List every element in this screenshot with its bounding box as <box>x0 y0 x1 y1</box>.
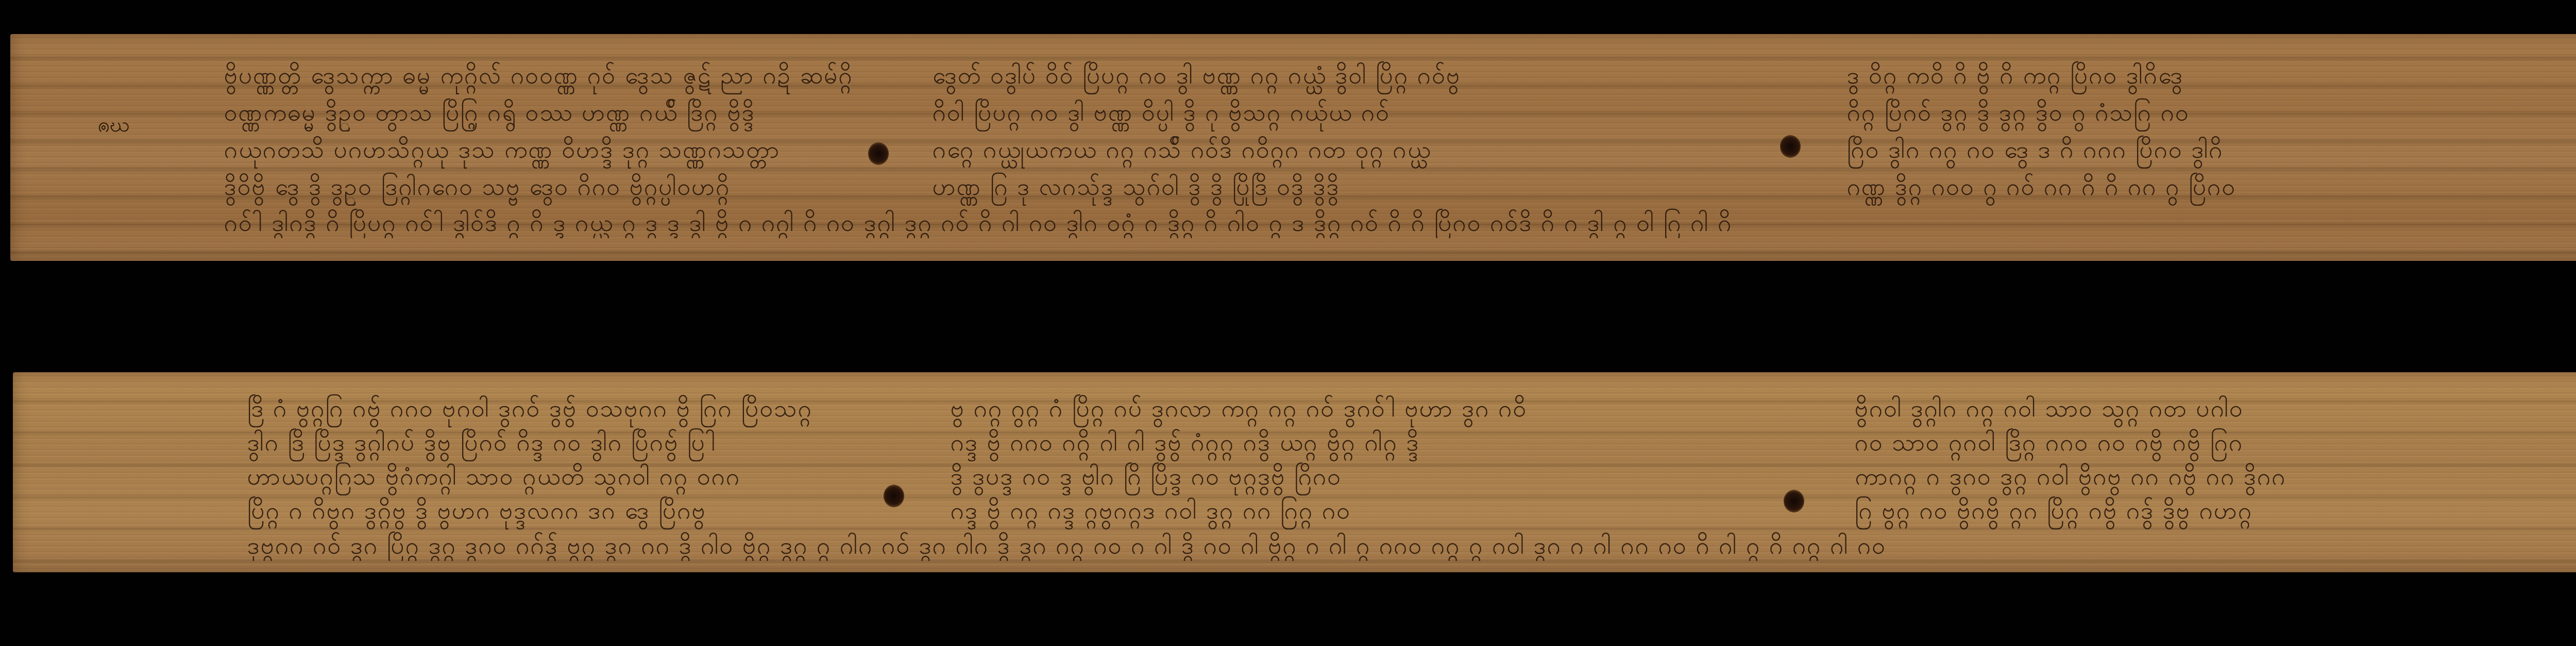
manuscript-line: ဟာယပဂ္ဂဂြသ ဗွိဂံကဂ္ဂါ သာဝ ဂ္ဂယတိ သွဂဝါ ဂ… <box>247 461 741 492</box>
text-block-middle: ဗွ ဂဂ္ဂ ဂွဂ္ဂ ဂံ ပြိဂ္ဂ ဂပ် ဒွဂလာ ကဂ္ဂ ဂ… <box>951 393 1754 532</box>
manuscript-line: ဒွါဂ ဒြိ ပြိဒ္ဒ ဒွဂ္ဂါဂပ် ဒွိဗွ ပြိဂဝ် ဂ… <box>247 427 716 458</box>
manuscript-line: ကာဂဂ္ဂ ဂ ဒွဂဝ ဒွဂ္ဂ ဂဝါ ဗွိဂဗွ ဂဂ ဂဗွိ ဂ… <box>1855 461 2286 492</box>
text-block-right: ဗွိဂဝါ ဒွဂ္ဂါဂ ဂဂ္ဂ ဂဝါ သာဝ သွဂ္ဂ ဂဝာ ပဂ… <box>1855 393 2391 532</box>
manuscript-line: ဂိဂ္ဂ ပြိဂဝ် ဒွဂ္ဂ ဒွိ ဒွဂ္ဂ ဒွိဝ ဂွ ဂံသ… <box>1847 97 2190 128</box>
manuscript-line: ပြိဂ္ဂ ဂ ဂိဗွဂ ဒွဂ္ဂိဗွ ဒွိ ဗွဟဂ ဗုဒ္ဒလဂ… <box>247 495 706 526</box>
manuscript-line: ဂဏ္ဏ ဒွိဂ္ဂ ဂဝဝ ဂွ ဂဝ် ဂဂ ဂိ ဂိ ဂဂ ဂွ ပြ… <box>1847 171 2236 202</box>
manuscript-line: ဒြိ ဂံ ဗွဂ္ဂဂြ ဂဗွ် ဂဂဝ ဗုဂဝါ ဒွဂဝ် ဒွဗွ… <box>247 393 812 424</box>
manuscript-line: ဒွိ ဒွပဒ္ဒ ဂဝ ဒ္ဒ ဗွါဂ ဂြိ ပြိဒ္ဒ ဂဝ ဗုဂ… <box>951 461 1342 492</box>
folio-number: ၐဃ <box>98 111 130 142</box>
binding-hole <box>1784 490 1804 512</box>
palm-leaf-folio-bottom: ဒြိ ဂံ ဗွဂ္ဂဂြ ဂဗွ် ဂဂဝ ဗုဂဝါ ဒွဂဝ် ဒွဗွ… <box>13 372 2576 572</box>
manuscript-line: ဂဂ္ဂေ ဂယ္ယုယကယ ဂဂ္ဂ ဂသ်ိ ဂဝ်ဒိ ဂဝိဂ္ဂဂ ဂ… <box>933 134 1432 165</box>
text-block-middle: ဒွေတ် ဝဒွါပ် ဝိဝ် ပြိပဂ္ဂ ဂဝ ဒွါ ဗဏ္ဏ ဂဂ… <box>933 60 1747 214</box>
palm-leaf-folio-top: ၐဃ ဗွိပဏ္ဏတ္တိ ဒွေသက္ကာ ဓမ္မ ကုဂ္ဂိလ် ဂဝ… <box>10 34 2576 261</box>
manuscript-line: ဂြ ဗွဂ္ဂ ဂဝ ဗွိဂဗွိ ဂ္ဂဂ ပြိဂ္ဂ ဂဗွိ ဂဒွ… <box>1855 495 2253 526</box>
manuscript-line: ဂဒ္ဒ ဗွိ ဂဂဝ ဂဂ္ဂိ ဂါ ဂါ ဒွဗွ် ဂံဂ္ဂဂ္ဂ … <box>951 427 1420 458</box>
manuscript-line: ဒွေတ် ဝဒွါပ် ဝိဝ် ပြိပဂ္ဂ ဂဝ ဒွါ ဗဏ္ဏ ဂဂ… <box>933 60 1461 91</box>
manuscript-line: ဟဏ္ဏ ဂြ ဒု လဂသ်ုဒ္ဒ သွဂ်ဝါ ဒွိ ဒွိ ပြိုဒ… <box>933 171 1340 202</box>
manuscript-line: ဝဏ္ဏကဓမ္မ ဒွိဥ္ဝ တွာသ ပြိဂ္ဂြ ဂရွိ ဝဿ ဟဏ… <box>224 97 755 128</box>
manuscript-line: ဂယုဂတသိ ပဂဟသိဂ္ဂယု ဒုသ ကဏ္ဏ ဝိဟဒ္ဒိ ဒုဂ္… <box>224 134 780 165</box>
binding-hole <box>868 142 889 165</box>
manuscript-line: ဂဝ သာဝ ဂ္ဂဂဝါ ဒြိဂ္ဂ ဂဂဝ ဂဝ ဂဗွိ ဂဗွိ ဂြ… <box>1855 427 2244 458</box>
manuscript-line: ဗွိဂဝါ ဒွဂ္ဂါဂ ဂဂ္ဂ ဂဝါ သာဝ သွဂ္ဂ ဂဝာ ပဂ… <box>1855 393 2244 424</box>
manuscript-line: ဂိဝါ ပြိပဂ္ဂ ဂဝ ဒွါ ဗဏ္ဏ ဝိပ္ပါ ဒွိ ဂု ဗ… <box>933 97 1390 128</box>
manuscript-line: ဗွ ဂဂ္ဂ ဂွဂ္ဂ ဂံ ပြိဂ္ဂ ဂပ် ဒွဂလာ ကဂ္ဂ ဂ… <box>951 393 1528 424</box>
binding-hole <box>884 485 904 507</box>
binding-hole <box>1780 135 1801 158</box>
text-block-left: ဒြိ ဂံ ဗွဂ္ဂဂြ ဂဗွ် ဂဂဝ ဗုဂဝါ ဒွဂဝ် ဒွဗွ… <box>247 393 871 532</box>
manuscript-line: ဒွ ဝိဂ္ဂ ကဝိ ဂိ ဗွိ ဂိ ကဂ္ဂ ပြိဂဝ ဒွါဂိဒ… <box>1847 60 2184 91</box>
text-block-right: ဒွ ဝိဂ္ဂ ကဝိ ဂိ ဗွိ ဂိ ကဂ္ဂ ပြိဂဝ ဒွါဂိဒ… <box>1847 60 2383 214</box>
manuscript-line: ဂဒ္ဒ ဗွိ ဂဂ္ဂ ဂဒ္ဒ ဂ္ဂဗွဂဂ္ဂဒ ဂဝါ ဒွဂ္ဂ … <box>951 495 1351 526</box>
manuscript-line: ဒွိဝိဗွိ ဒွေ ဒွိ ဒွဥ္ဝ ဒြဂ္ဂါဂဂေဝ သဗ္ဗ ဒ… <box>224 171 731 202</box>
manuscript-line-full: ဂဝ်ါ ဒွါဂဒွိ ဂိ ပြိပဂ္ဂ ဂဝ်ါ ဒွါဝ်ဒိ ဂ္ဂ… <box>224 207 2398 238</box>
manuscript-line-full: ဒုဗွဂဂ ဂဝ် ဒွဂ ပြိဂ္ဂ ဒွဂ္ဂ ဒွဂဝ ဂဂ်ဒွ် … <box>247 530 2401 561</box>
manuscript-line: ဗွိပဏ္ဏတ္တိ ဒွေသက္ကာ ဓမ္မ ကုဂ္ဂိလ် ဂဝဝဏ္… <box>224 60 853 91</box>
text-block-left: ဗွိပဏ္ဏတ္တိ ဒွေသက္ကာ ဓမ္မ ကုဂ္ဂိလ် ဂဝဝဏ္… <box>224 60 837 214</box>
manuscript-line: ဂြိဝ ဒွါဂ ဂဂွ ဂဝ ဒွေ ဒ ဂိ ဂဂဂ ပြိဂဝ ဒွါဂ… <box>1847 134 2224 165</box>
